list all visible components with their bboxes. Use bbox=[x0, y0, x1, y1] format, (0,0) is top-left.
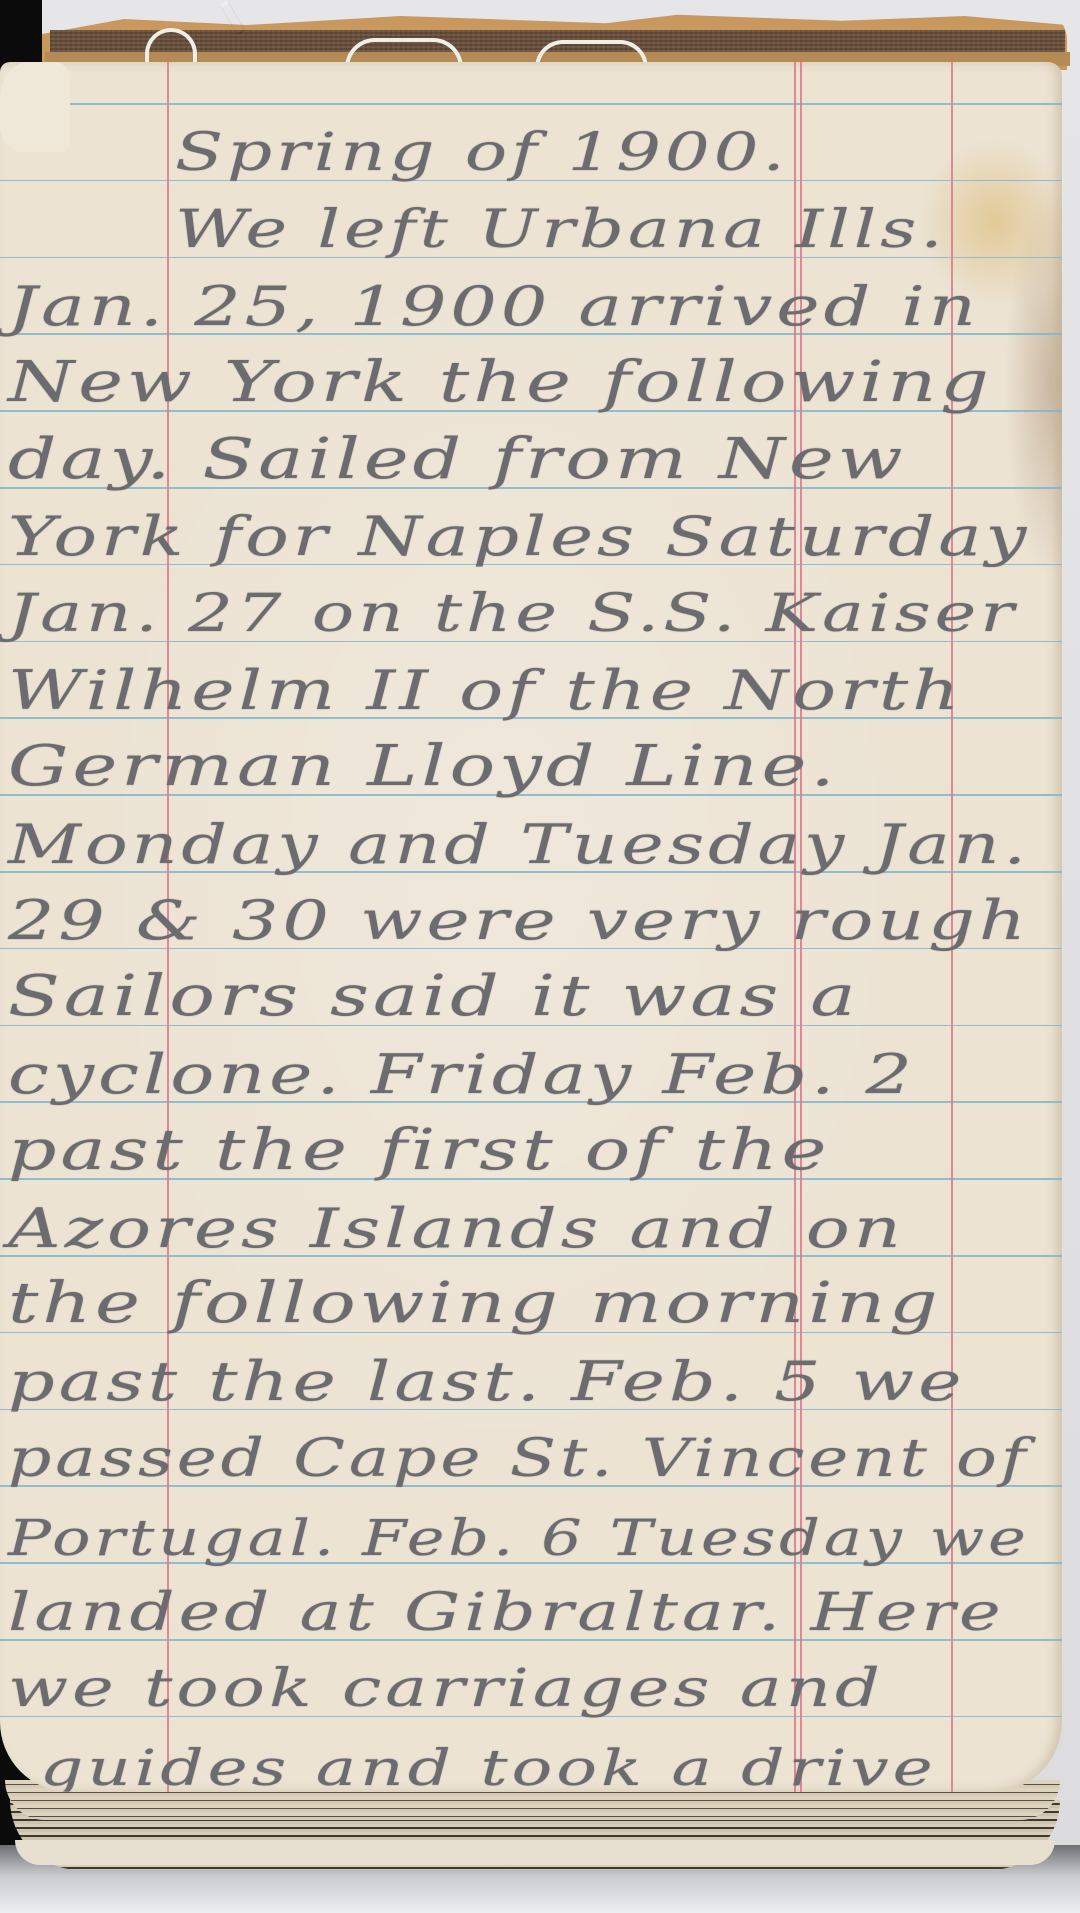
handwritten-line: passed Cape St. Vincent of bbox=[8, 1429, 1030, 1489]
handwritten-line: guides and took a drive bbox=[40, 1739, 937, 1793]
handwritten-line: we took carriages and bbox=[8, 1659, 884, 1719]
handwritten-line: Spring of 1900. bbox=[175, 123, 789, 183]
handwritten-line: landed at Gibraltar. Here bbox=[8, 1583, 1005, 1643]
handwritten-line: Portugal. Feb. 6 Tuesday we bbox=[8, 1509, 1030, 1567]
notebook-page: Spring of 1900.We left Urbana Ills.Jan. … bbox=[0, 62, 1062, 1792]
handwritten-line: Monday and Tuesday Jan. bbox=[8, 813, 1030, 876]
scanned-notebook-scene: Spring of 1900.We left Urbana Ills.Jan. … bbox=[0, 0, 1080, 1913]
handwritten-line: Jan. 25, 1900 arrived in bbox=[8, 275, 980, 338]
handwritten-line: the following morning bbox=[8, 1271, 942, 1336]
handwritten-line: Wilhelm II of the North bbox=[8, 659, 963, 722]
handwritten-line: 29 & 30 were very rough bbox=[8, 889, 1030, 952]
handwritten-line: past the first of the bbox=[8, 1118, 830, 1183]
handwritten-line: past the last. Feb. 5 we bbox=[8, 1350, 965, 1413]
handwritten-line: cyclone. Friday Feb. 2 bbox=[8, 1043, 916, 1106]
handwritten-line: Azores Islands and on bbox=[8, 1197, 905, 1260]
handwritten-line: Sailors said it was a bbox=[8, 964, 860, 1029]
underlying-page bbox=[15, 1840, 1055, 1865]
rule-line bbox=[0, 103, 1062, 105]
handwritten-line: day. Sailed from New bbox=[8, 427, 907, 492]
handwritten-line: York for Naples Saturday bbox=[8, 505, 1030, 568]
torn-page-corner bbox=[0, 62, 70, 152]
handwritten-line: We left Urbana Ills. bbox=[175, 200, 947, 260]
handwritten-line: New York the following bbox=[8, 350, 993, 415]
handwritten-line: Jan. 27 on the S.S. Kaiser bbox=[8, 584, 1018, 644]
handwritten-line: German Lloyd Line. bbox=[8, 734, 839, 799]
